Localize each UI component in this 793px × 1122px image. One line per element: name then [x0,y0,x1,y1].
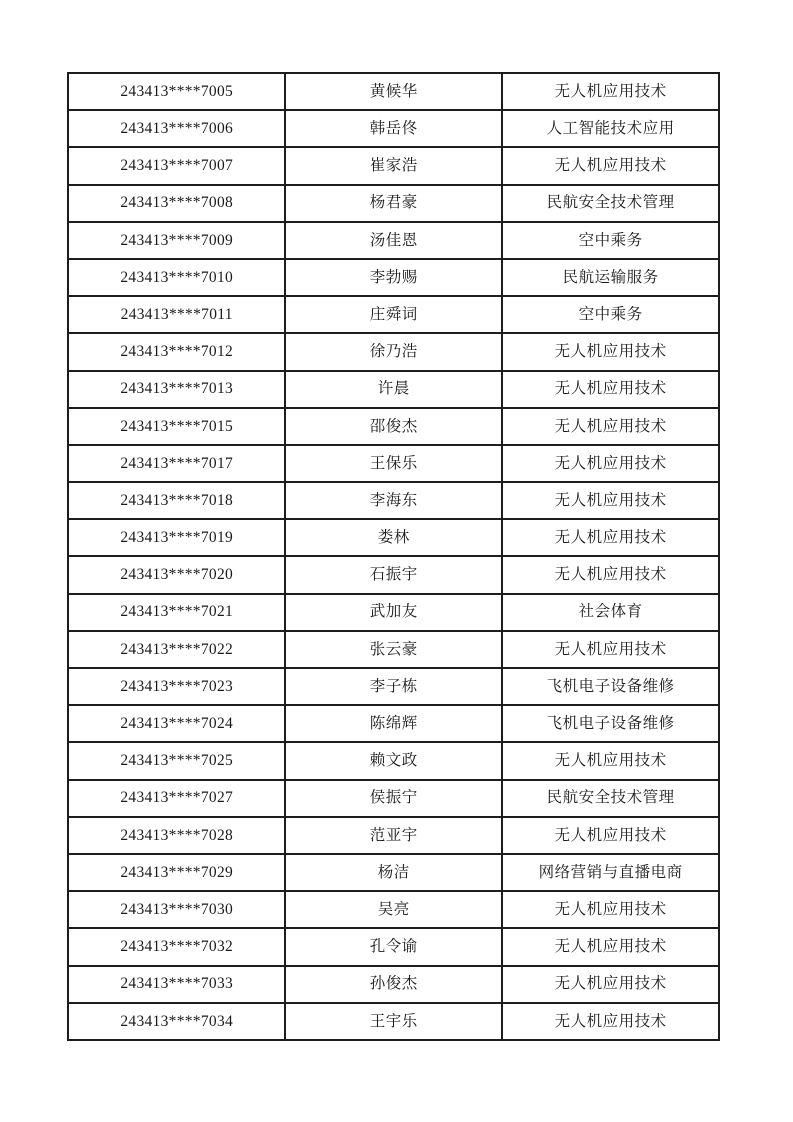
candidate-name: 汤佳恩 [285,222,502,259]
candidate-id: 243413****7012 [68,333,285,370]
candidate-major: 无人机应用技术 [502,556,719,593]
document-page: 243413****7005 黄候华 无人机应用技术 243413****700… [0,0,793,1122]
candidate-major: 无人机应用技术 [502,371,719,408]
roster-row: 243413****7027 侯振宁 民航安全技术管理 [68,780,719,817]
candidate-id: 243413****7009 [68,222,285,259]
candidate-name: 石振宇 [285,556,502,593]
candidate-name: 张云豪 [285,631,502,668]
candidate-name: 杨君豪 [285,185,502,222]
roster-row: 243413****7013 许晨 无人机应用技术 [68,371,719,408]
candidate-major: 无人机应用技术 [502,817,719,854]
candidate-major: 社会体育 [502,594,719,631]
candidate-id: 243413****7005 [68,73,285,110]
roster-row: 243413****7021 武加友 社会体育 [68,594,719,631]
candidate-major: 民航运输服务 [502,259,719,296]
candidate-name: 李勃赐 [285,259,502,296]
candidate-id: 243413****7021 [68,594,285,631]
candidate-name: 杨洁 [285,854,502,891]
roster-row: 243413****7028 范亚宇 无人机应用技术 [68,817,719,854]
candidate-name: 李海东 [285,482,502,519]
candidate-major: 无人机应用技术 [502,147,719,184]
roster-row: 243413****7008 杨君豪 民航安全技术管理 [68,185,719,222]
roster-row: 243413****7023 李子栋 飞机电子设备维修 [68,668,719,705]
candidate-major: 空中乘务 [502,222,719,259]
candidate-id: 243413****7024 [68,705,285,742]
candidate-id: 243413****7008 [68,185,285,222]
roster-row: 243413****7020 石振宇 无人机应用技术 [68,556,719,593]
candidate-major: 无人机应用技术 [502,928,719,965]
candidate-name: 崔家浩 [285,147,502,184]
candidate-major: 无人机应用技术 [502,519,719,556]
candidate-major: 网络营销与直播电商 [502,854,719,891]
candidate-id: 243413****7020 [68,556,285,593]
candidate-name: 侯振宁 [285,780,502,817]
candidate-id: 243413****7032 [68,928,285,965]
roster-row: 243413****7019 娄林 无人机应用技术 [68,519,719,556]
candidate-id: 243413****7022 [68,631,285,668]
roster-row: 243413****7005 黄候华 无人机应用技术 [68,73,719,110]
candidate-major: 无人机应用技术 [502,742,719,779]
candidate-id: 243413****7027 [68,780,285,817]
roster-row: 243413****7030 吴亮 无人机应用技术 [68,891,719,928]
candidate-name: 黄候华 [285,73,502,110]
candidate-id: 243413****7028 [68,817,285,854]
roster-row: 243413****7024 陈绵辉 飞机电子设备维修 [68,705,719,742]
candidate-id: 243413****7013 [68,371,285,408]
candidate-name: 徐乃浩 [285,333,502,370]
candidate-major: 空中乘务 [502,296,719,333]
candidate-id: 243413****7034 [68,1003,285,1040]
candidate-major: 民航安全技术管理 [502,185,719,222]
roster-row: 243413****7022 张云豪 无人机应用技术 [68,631,719,668]
candidate-id: 243413****7010 [68,259,285,296]
candidate-id: 243413****7017 [68,445,285,482]
roster-row: 243413****7018 李海东 无人机应用技术 [68,482,719,519]
roster-row: 243413****7017 王保乐 无人机应用技术 [68,445,719,482]
candidate-id: 243413****7018 [68,482,285,519]
candidate-name: 武加友 [285,594,502,631]
candidate-major: 无人机应用技术 [502,333,719,370]
candidate-name: 孔令谕 [285,928,502,965]
candidate-id: 243413****7015 [68,408,285,445]
candidate-id: 243413****7006 [68,110,285,147]
candidate-major: 无人机应用技术 [502,631,719,668]
candidate-major: 无人机应用技术 [502,408,719,445]
candidate-id: 243413****7023 [68,668,285,705]
candidate-name: 王宇乐 [285,1003,502,1040]
candidate-name: 庄舜词 [285,296,502,333]
candidate-id: 243413****7011 [68,296,285,333]
admission-roster-table: 243413****7005 黄候华 无人机应用技术 243413****700… [67,72,720,1041]
roster-row: 243413****7007 崔家浩 无人机应用技术 [68,147,719,184]
candidate-major: 飞机电子设备维修 [502,668,719,705]
roster-row: 243413****7029 杨洁 网络营销与直播电商 [68,854,719,891]
roster-row: 243413****7032 孔令谕 无人机应用技术 [68,928,719,965]
candidate-id: 243413****7025 [68,742,285,779]
candidate-name: 范亚宇 [285,817,502,854]
candidate-name: 娄林 [285,519,502,556]
roster-row: 243413****7010 李勃赐 民航运输服务 [68,259,719,296]
roster-row: 243413****7015 邵俊杰 无人机应用技术 [68,408,719,445]
candidate-major: 无人机应用技术 [502,445,719,482]
candidate-name: 吴亮 [285,891,502,928]
roster-row: 243413****7012 徐乃浩 无人机应用技术 [68,333,719,370]
candidate-name: 王保乐 [285,445,502,482]
candidate-name: 李子栋 [285,668,502,705]
candidate-id: 243413****7033 [68,966,285,1003]
candidate-id: 243413****7030 [68,891,285,928]
candidate-major: 人工智能技术应用 [502,110,719,147]
roster-row: 243413****7009 汤佳恩 空中乘务 [68,222,719,259]
roster-table-body: 243413****7005 黄候华 无人机应用技术 243413****700… [68,73,719,1040]
candidate-major: 民航安全技术管理 [502,780,719,817]
candidate-id: 243413****7029 [68,854,285,891]
candidate-major: 飞机电子设备维修 [502,705,719,742]
candidate-major: 无人机应用技术 [502,482,719,519]
candidate-major: 无人机应用技术 [502,966,719,1003]
candidate-name: 孙俊杰 [285,966,502,1003]
roster-row: 243413****7006 韩岳佟 人工智能技术应用 [68,110,719,147]
candidate-major: 无人机应用技术 [502,891,719,928]
roster-row: 243413****7011 庄舜词 空中乘务 [68,296,719,333]
candidate-major: 无人机应用技术 [502,73,719,110]
candidate-id: 243413****7007 [68,147,285,184]
roster-row: 243413****7033 孙俊杰 无人机应用技术 [68,966,719,1003]
candidate-major: 无人机应用技术 [502,1003,719,1040]
candidate-name: 韩岳佟 [285,110,502,147]
roster-row: 243413****7034 王宇乐 无人机应用技术 [68,1003,719,1040]
candidate-name: 邵俊杰 [285,408,502,445]
candidate-name: 陈绵辉 [285,705,502,742]
roster-row: 243413****7025 赖文政 无人机应用技术 [68,742,719,779]
candidate-name: 许晨 [285,371,502,408]
candidate-id: 243413****7019 [68,519,285,556]
candidate-name: 赖文政 [285,742,502,779]
